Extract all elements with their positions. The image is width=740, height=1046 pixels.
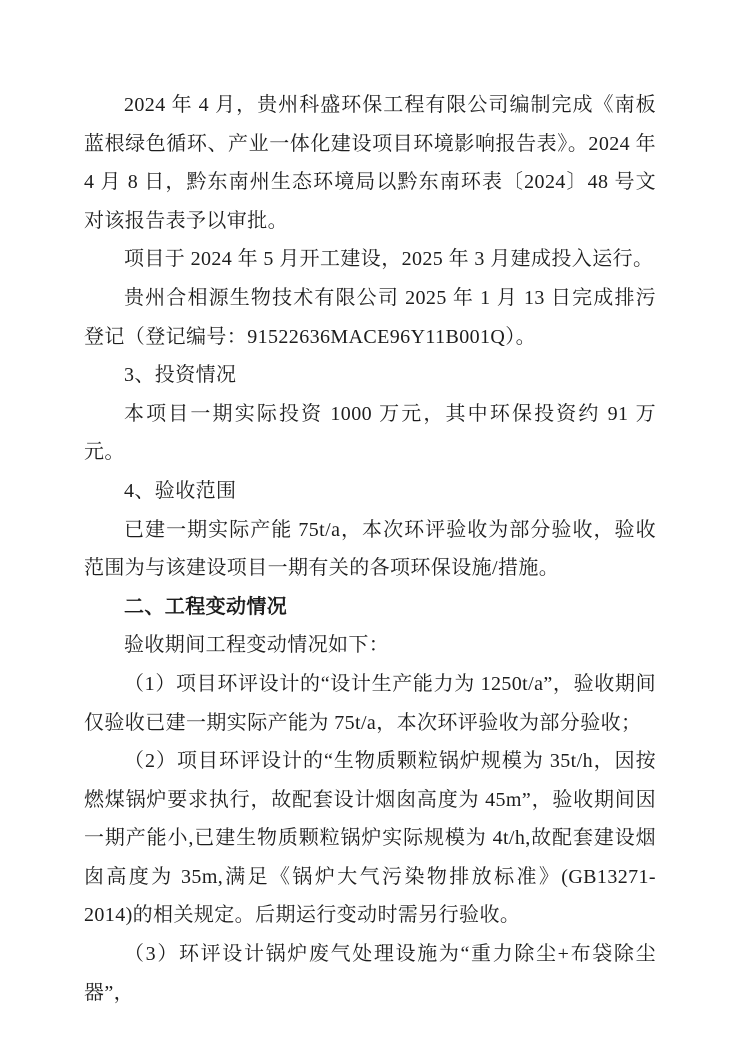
section-heading-project-changes: 二、工程变动情况 xyxy=(84,588,656,627)
paragraph-changes-intro: 验收期间工程变动情况如下： xyxy=(84,626,656,665)
paragraph-acceptance-scope-detail: 已建一期实际产能 75t/a，本次环评验收为部分验收，验收范围为与该建设项目一期… xyxy=(84,511,656,588)
paragraph-change-item-2: （2）项目环评设计的“生物质颗粒锅炉规模为 35t/h，因按燃煤锅炉要求执行，故… xyxy=(84,742,656,935)
paragraph-acceptance-scope-heading: 4、验收范围 xyxy=(84,472,656,511)
paragraph-investment-heading: 3、投资情况 xyxy=(84,356,656,395)
paragraph-construction-dates: 项目于 2024 年 5 月开工建设，2025 年 3 月建成投入运行。 xyxy=(84,240,656,279)
paragraph-change-item-1: （1）项目环评设计的“设计生产能力为 1250t/a”，验收期间仅验收已建一期实… xyxy=(84,665,656,742)
paragraph-change-item-3: （3）环评设计锅炉废气处理设施为“重力除尘+布袋除尘器”， xyxy=(84,935,656,1012)
paragraph-report-compilation: 2024 年 4 月，贵州科盛环保工程有限公司编制完成《南板蓝根绿色循环、产业一… xyxy=(84,86,656,240)
document-page: 2024 年 4 月，贵州科盛环保工程有限公司编制完成《南板蓝根绿色循环、产业一… xyxy=(0,0,740,1046)
paragraph-investment-detail: 本项目一期实际投资 1000 万元，其中环保投资约 91 万元。 xyxy=(84,395,656,472)
document-content: 2024 年 4 月，贵州科盛环保工程有限公司编制完成《南板蓝根绿色循环、产业一… xyxy=(84,86,656,1012)
paragraph-pollutant-registration: 贵州合相源生物技术有限公司 2025 年 1 月 13 日完成排污登记（登记编号… xyxy=(84,279,656,356)
